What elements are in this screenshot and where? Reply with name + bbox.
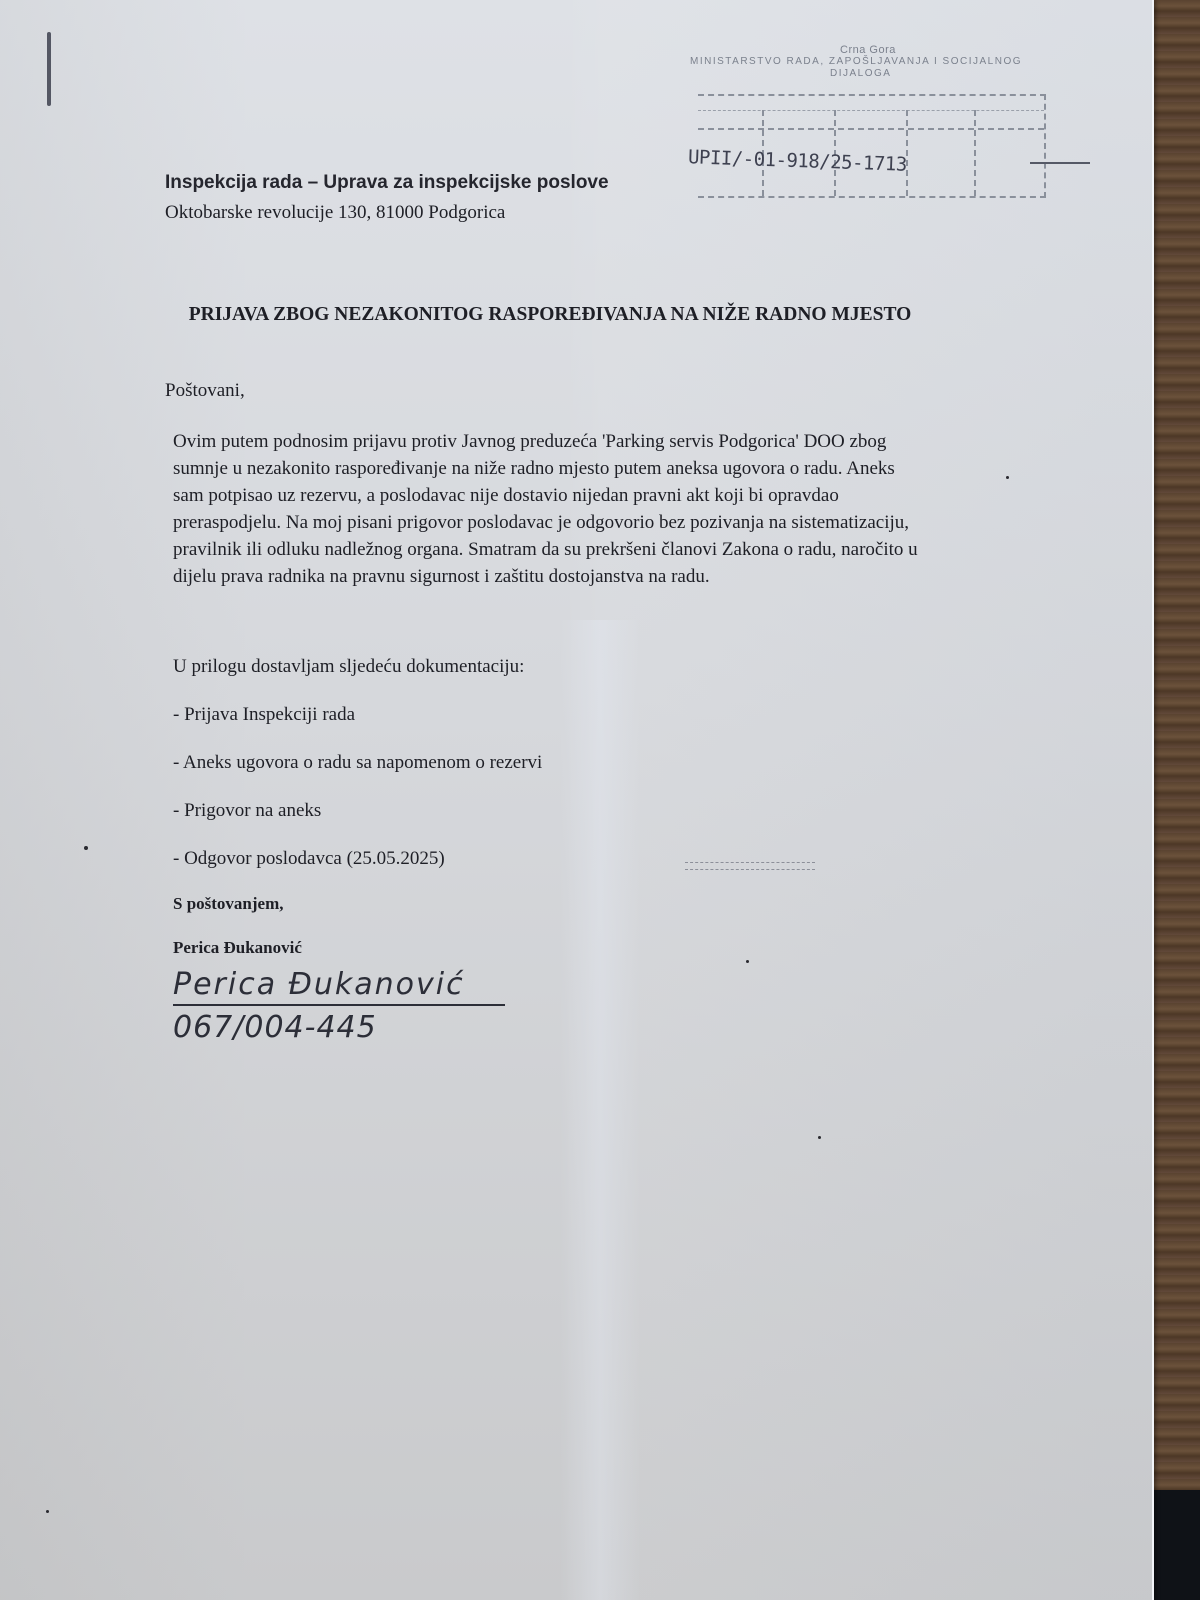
addressee-address: Oktobarske revolucije 130, 81000 Podgori… (165, 202, 505, 224)
letter-title: PRIJAVA ZBOG NEZAKONITOG RASPOREĐIVANJA … (185, 302, 915, 328)
paper-speck (84, 846, 88, 850)
attachment-item: - Odgovor poslodavca (25.05.2025) (173, 848, 542, 896)
stamp-column-divider (974, 110, 976, 196)
stamp-institution: MINISTARSTVO RADA, ZAPOŠLJAVANJA I SOCIJ… (690, 56, 1022, 67)
stamp-table (698, 94, 1046, 198)
closing: S poštovanjem, (173, 894, 284, 914)
registry-stamp: Crna Gora MINISTARSTVO RADA, ZAPOŠLJAVAN… (690, 44, 1060, 200)
body-paragraph: Ovim putem podnosim prijavu protiv Javno… (173, 428, 923, 590)
paper-speck (818, 1136, 821, 1139)
stamp-country: Crna Gora (840, 44, 896, 56)
photo-scene: Crna Gora MINISTARSTVO RADA, ZAPOŠLJAVAN… (0, 0, 1200, 1600)
stamp-divider (698, 110, 1044, 111)
handwritten-phone: 067/004-445 (173, 1010, 377, 1045)
letter-page: Crna Gora MINISTARSTVO RADA, ZAPOŠLJAVAN… (0, 0, 1154, 1600)
attachments-intro: U prilogu dostavljam sljedeću dokumentac… (173, 656, 524, 678)
faint-dash-mark (685, 862, 815, 870)
attachment-item: - Aneks ugovora o radu sa napomenom o re… (173, 752, 542, 800)
paper-speck (46, 1510, 49, 1513)
signer-name: Perica Đukanović (173, 938, 302, 958)
paper-fold-shading (560, 620, 640, 1600)
paper-speck (746, 960, 749, 963)
attachment-item: - Prigovor na aneks (173, 800, 542, 848)
pen-mark (47, 32, 51, 106)
wooden-table-background (1152, 0, 1200, 1490)
attachments-list: - Prijava Inspekciji rada - Aneks ugovor… (173, 704, 542, 896)
stamp-divider (698, 128, 1044, 130)
dark-surface-background (1152, 1490, 1200, 1600)
stamp-pen-stroke (1030, 162, 1090, 164)
attachment-item: - Prijava Inspekciji rada (173, 704, 542, 752)
greeting: Poštovani, (165, 380, 245, 402)
addressee-name: Inspekcija rada – Uprava za inspekcijske… (165, 172, 609, 194)
stamp-institution-continued: DIJALOGA (830, 68, 891, 79)
paper-speck (1006, 476, 1009, 479)
handwritten-signature: Perica Đukanović (173, 966, 505, 1006)
